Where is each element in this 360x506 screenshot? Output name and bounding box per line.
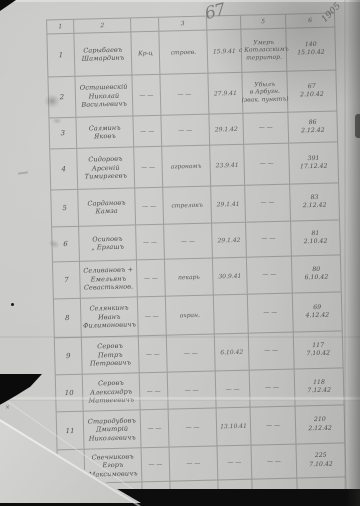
row-number-cell: 4 [49, 149, 78, 190]
full-name: Серовъ Александръ Матвеевичъ [88, 379, 134, 406]
register-table: 1 2 3 5 6 1 Сарыбаевъ Шамардинъ Кр-ц стр… [46, 12, 347, 505]
col3-value: — — [141, 163, 155, 170]
full-name: Сарыбаевъ Шамардинъ [81, 45, 124, 63]
col4-cell: — — [161, 115, 210, 146]
record-value: 118 7.12.42 [307, 378, 331, 396]
col4-value: — — [181, 237, 195, 244]
col4-cell: — — [160, 74, 209, 115]
row-number: 3 [60, 129, 65, 137]
name-cell: Стародубовъ Дмитрій Николаевичъ [84, 410, 142, 448]
record-value: 83 2.12.42 [303, 193, 327, 211]
column-digit: 3 [181, 20, 185, 27]
note-cell: — — [248, 294, 294, 333]
note-cell: — — [245, 185, 291, 222]
name-cell: Серовъ Александръ Матвеевичъ [83, 373, 141, 410]
row-number-cell: 3 [48, 118, 77, 149]
record-value: 80 6.10.42 [304, 265, 328, 283]
col3-cell: — — [137, 260, 166, 297]
col3-value: — — [146, 350, 160, 357]
column-digit: 5 [261, 18, 265, 25]
name-cell: Осташевскій Николай Васильевичъ [75, 75, 133, 116]
record-cell: 81 2.10.42 [291, 220, 341, 255]
record-cell: 83 2.12.42 [290, 183, 340, 220]
row-number: 4 [61, 165, 66, 173]
row-number: 7 [64, 276, 69, 284]
record-cell: 86 2.12.42 [288, 111, 338, 142]
record-cell: 391 17.12.42 [289, 142, 339, 183]
col4-cell: — — [168, 371, 217, 408]
name-cell: Сарыбаевъ Шамардинъ [74, 32, 132, 75]
full-name: Серовъ Петръ Петровичъ [89, 342, 131, 368]
full-name: Селивановъ + Емельянъ Севастьянов. [83, 266, 133, 293]
note-cell: — — [247, 257, 293, 294]
note-cell: Убылъ в Арбузн. (эвак. пунктъ) [242, 72, 288, 113]
pencil-cross-mark: × [5, 404, 10, 411]
col3-value: — — [145, 312, 159, 319]
col3-cell: — — [140, 373, 169, 410]
table-row: 1 Сарыбаевъ Шамардинъ Кр-ц строев. 15.9.… [46, 27, 336, 77]
col3-value: — — [148, 425, 162, 432]
record-cell: 225 7.10.42 [297, 443, 347, 477]
full-name: Салминъ Яковъ [89, 123, 121, 141]
col4-cell: — — [167, 335, 216, 372]
col4-cell: строев. [159, 31, 208, 74]
row-number-cell: 1 [46, 34, 75, 77]
record-cell: 140 15.10.42 [286, 27, 336, 70]
record-value: 69 4.12.42 [305, 303, 329, 321]
row-number-cell: 7 [52, 262, 81, 299]
note-cell: Умеръ с Котласскимъ территор. [241, 29, 287, 72]
full-name: Осиповъ „ Ергашъ [91, 234, 124, 252]
column-digit: 6 [308, 17, 312, 24]
note-cell: — — [250, 370, 296, 407]
row-number: 2 [60, 93, 65, 101]
header-cell: 1 [46, 20, 74, 34]
record-cell: 67 2.10.42 [287, 70, 337, 111]
col4-value: строев. [171, 48, 197, 56]
column-digit: 2 [100, 22, 104, 29]
col3-cell: — — [139, 336, 168, 373]
full-name: Сидоровъ Арсеній Тимиргеевъ [84, 155, 127, 182]
row-number: 9 [66, 352, 71, 360]
col3-cell: — — [135, 188, 164, 225]
col4-value: — — [186, 424, 200, 431]
name-cell: Сардановъ Камза [78, 188, 136, 225]
col4-value: — — [177, 91, 191, 98]
col4-value: охран. [180, 311, 200, 318]
col4-value: — — [178, 126, 192, 133]
full-name: Стародубовъ Дмитрій Николаевичъ [88, 416, 137, 443]
row-number: 5 [62, 204, 67, 212]
record-cell: 80 6.10.42 [292, 255, 342, 292]
col4-value: пекарь [178, 273, 200, 281]
col4-cell: — — [169, 408, 218, 446]
col3-value: — — [139, 91, 153, 98]
name-cell: Салминъ Яковъ [76, 116, 134, 147]
record-cell: 69 4.12.42 [293, 292, 343, 331]
table-row: 2 Осташевскій Николай Васильевичъ — — — … [47, 70, 337, 118]
column-digit: 1 [58, 23, 62, 30]
horizontal-fold-crease [0, 336, 360, 338]
record-cell: 210 2.12.42 [296, 405, 346, 443]
table-row: 4 Сидоровъ Арсеній Тимиргеевъ — — агроно… [49, 142, 339, 190]
col4-value: — — [185, 386, 199, 393]
full-name: Сардановъ Камза [87, 198, 126, 216]
col4-cell: агрономъ [162, 146, 211, 187]
record-value: 391 17.12.42 [300, 154, 328, 172]
header-cell: 3 [159, 17, 207, 31]
col3-cell: Кр-ц [131, 32, 160, 75]
col3-value: — — [143, 238, 157, 245]
col4-value: стрелокъ [171, 201, 203, 209]
row-number: 1 [59, 51, 64, 59]
record-value: 67 2.10.42 [300, 82, 324, 100]
note-cell: — — [251, 407, 297, 445]
col3-value: — — [140, 127, 154, 134]
horizontal-fold-crease [0, 396, 360, 401]
name-cell: Осиповъ „ Ергашъ [79, 225, 137, 260]
col3-cell: — — [136, 225, 165, 260]
header-cell: 2 [74, 18, 131, 32]
col3-value: — — [148, 461, 162, 468]
col4-cell: стрелокъ [163, 187, 212, 224]
page-edge-nick [355, 114, 360, 138]
col3-value: — — [142, 202, 156, 209]
record-value: 225 7.10.42 [309, 452, 333, 470]
page-edge-shadow [346, 0, 360, 506]
row-number: 6 [63, 240, 68, 248]
col3-value: — — [147, 387, 161, 394]
col4-cell: — — [164, 224, 213, 259]
col3-cell: — — [138, 297, 167, 336]
col3-cell: — — [142, 448, 171, 482]
col3-cell: — — [133, 116, 162, 147]
note-cell: — — [249, 333, 295, 370]
scanned-document-page: 1 2 3 5 6 1 Сарыбаевъ Шамардинъ Кр-ц стр… [0, 0, 360, 506]
paper-top-edge [0, 0, 360, 2]
col4-cell: охран. [166, 296, 215, 335]
record-value: 81 2.10.42 [303, 229, 327, 247]
col4-value: — — [186, 460, 200, 467]
note-cell: — — [252, 445, 298, 479]
name-cell: Серовъ Петръ Петровичъ [82, 336, 140, 373]
row-number: 11 [66, 426, 75, 434]
row-number-cell: 5 [50, 190, 79, 227]
record-value: 140 15.10.42 [297, 40, 325, 58]
row-number: 8 [65, 314, 70, 322]
name-cell: Селивановъ + Емельянъ Севастьянов. [80, 260, 138, 297]
col3-cell: — — [141, 410, 170, 448]
col3-value: Кр-ц [138, 49, 153, 56]
col4-value: агрономъ [171, 162, 202, 170]
name-cell: Селянкинъ Иванъ Филимоновичъ [81, 297, 139, 336]
col4-cell: пекарь [165, 259, 214, 296]
col3-cell: — — [134, 147, 163, 188]
note-cell: — — [246, 222, 292, 257]
full-name: Осташевскій Николай Васильевичъ [80, 83, 128, 110]
row-number-cell: 2 [47, 77, 76, 118]
name-cell: Сидоровъ Арсеній Тимиргеевъ [77, 147, 135, 188]
full-name: Селянкинъ Иванъ Филимоновичъ [83, 304, 137, 331]
col3-value: — — [144, 274, 158, 281]
row-number-cell: 6 [51, 227, 80, 262]
header-cell: 5 [241, 15, 286, 29]
row-number-cell: 10 [55, 375, 84, 412]
col4-cell: — — [170, 446, 219, 480]
col4-value: — — [184, 349, 198, 356]
header-cell [131, 18, 159, 32]
row-number-cell: 9 [54, 338, 83, 375]
record-value: 117 7.10.42 [306, 341, 330, 359]
note-cell: — — [243, 113, 289, 144]
note-cell: — — [244, 144, 290, 185]
record-value: 86 2.12.42 [301, 118, 325, 136]
record-value: 210 2.12.42 [308, 416, 332, 434]
row-number-cell: 8 [53, 299, 82, 338]
ink-speck [11, 303, 14, 306]
col3-cell: — — [132, 75, 161, 116]
